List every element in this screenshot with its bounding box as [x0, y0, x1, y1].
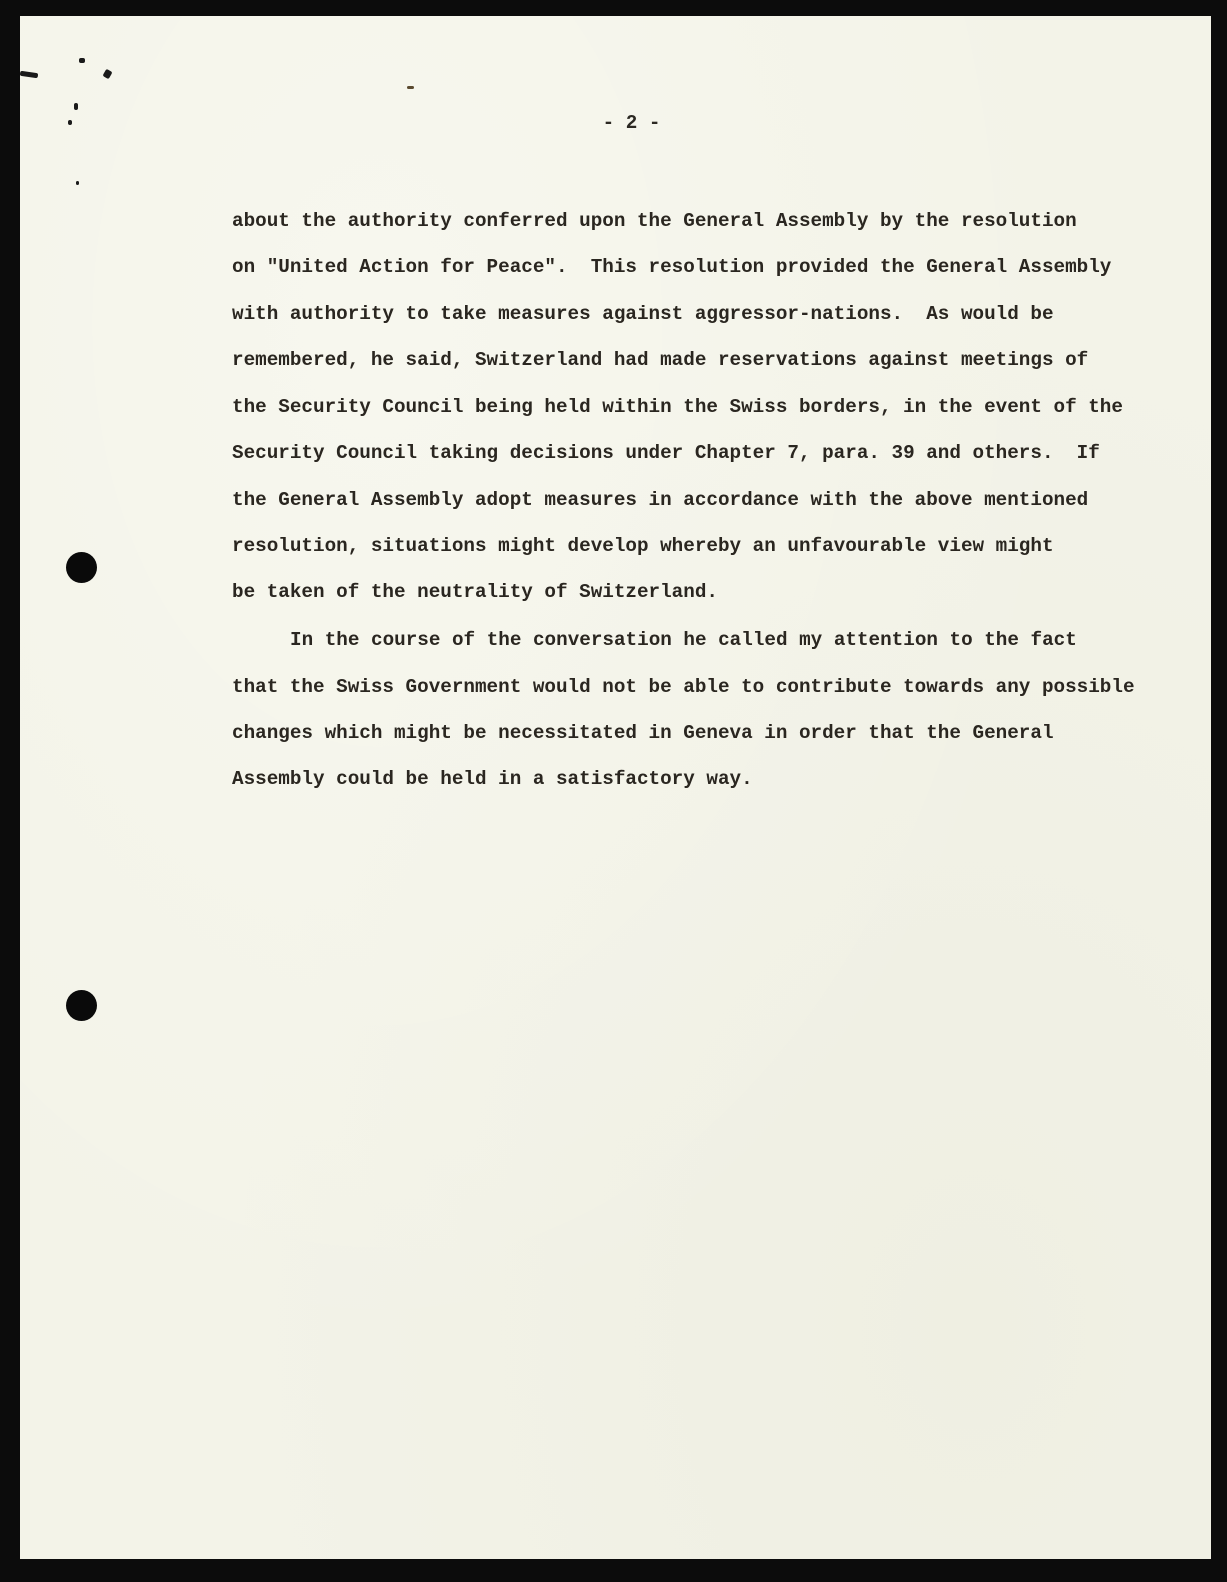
text-line: Security Council taking decisions under …: [232, 441, 1100, 465]
text-line: remembered, he said, Switzerland had mad…: [232, 348, 1088, 372]
ink-speck: [74, 103, 78, 110]
ink-speck: [79, 58, 85, 63]
text-line: Assembly could be held in a satisfactory…: [232, 767, 753, 791]
document-body: about the authority conferred upon the G…: [232, 0, 1192, 506]
scanned-page: - 2 - about the authority conferred upon…: [0, 0, 1227, 1582]
text-line: that the Swiss Government would not be a…: [232, 675, 1135, 699]
text-line: the General Assembly adopt measures in a…: [232, 488, 1088, 512]
punch-hole: [66, 552, 97, 583]
text-line: resolution, situations might develop whe…: [232, 534, 1054, 558]
ink-speck: [76, 181, 79, 185]
text-line: the Security Council being held within t…: [232, 395, 1123, 419]
text-line: In the course of the conversation he cal…: [290, 628, 1077, 652]
paragraph-1: about the authority conferred upon the G…: [232, 44, 1192, 286]
text-line: changes which might be necessitated in G…: [232, 721, 1054, 745]
text-line: about the authority conferred upon the G…: [232, 209, 1077, 233]
text-line: be taken of the neutrality of Switzerlan…: [232, 580, 718, 604]
punch-hole: [66, 990, 97, 1021]
text-line: with authority to take measures against …: [232, 302, 1054, 326]
text-line: on "United Action for Peace". This resol…: [232, 255, 1111, 279]
